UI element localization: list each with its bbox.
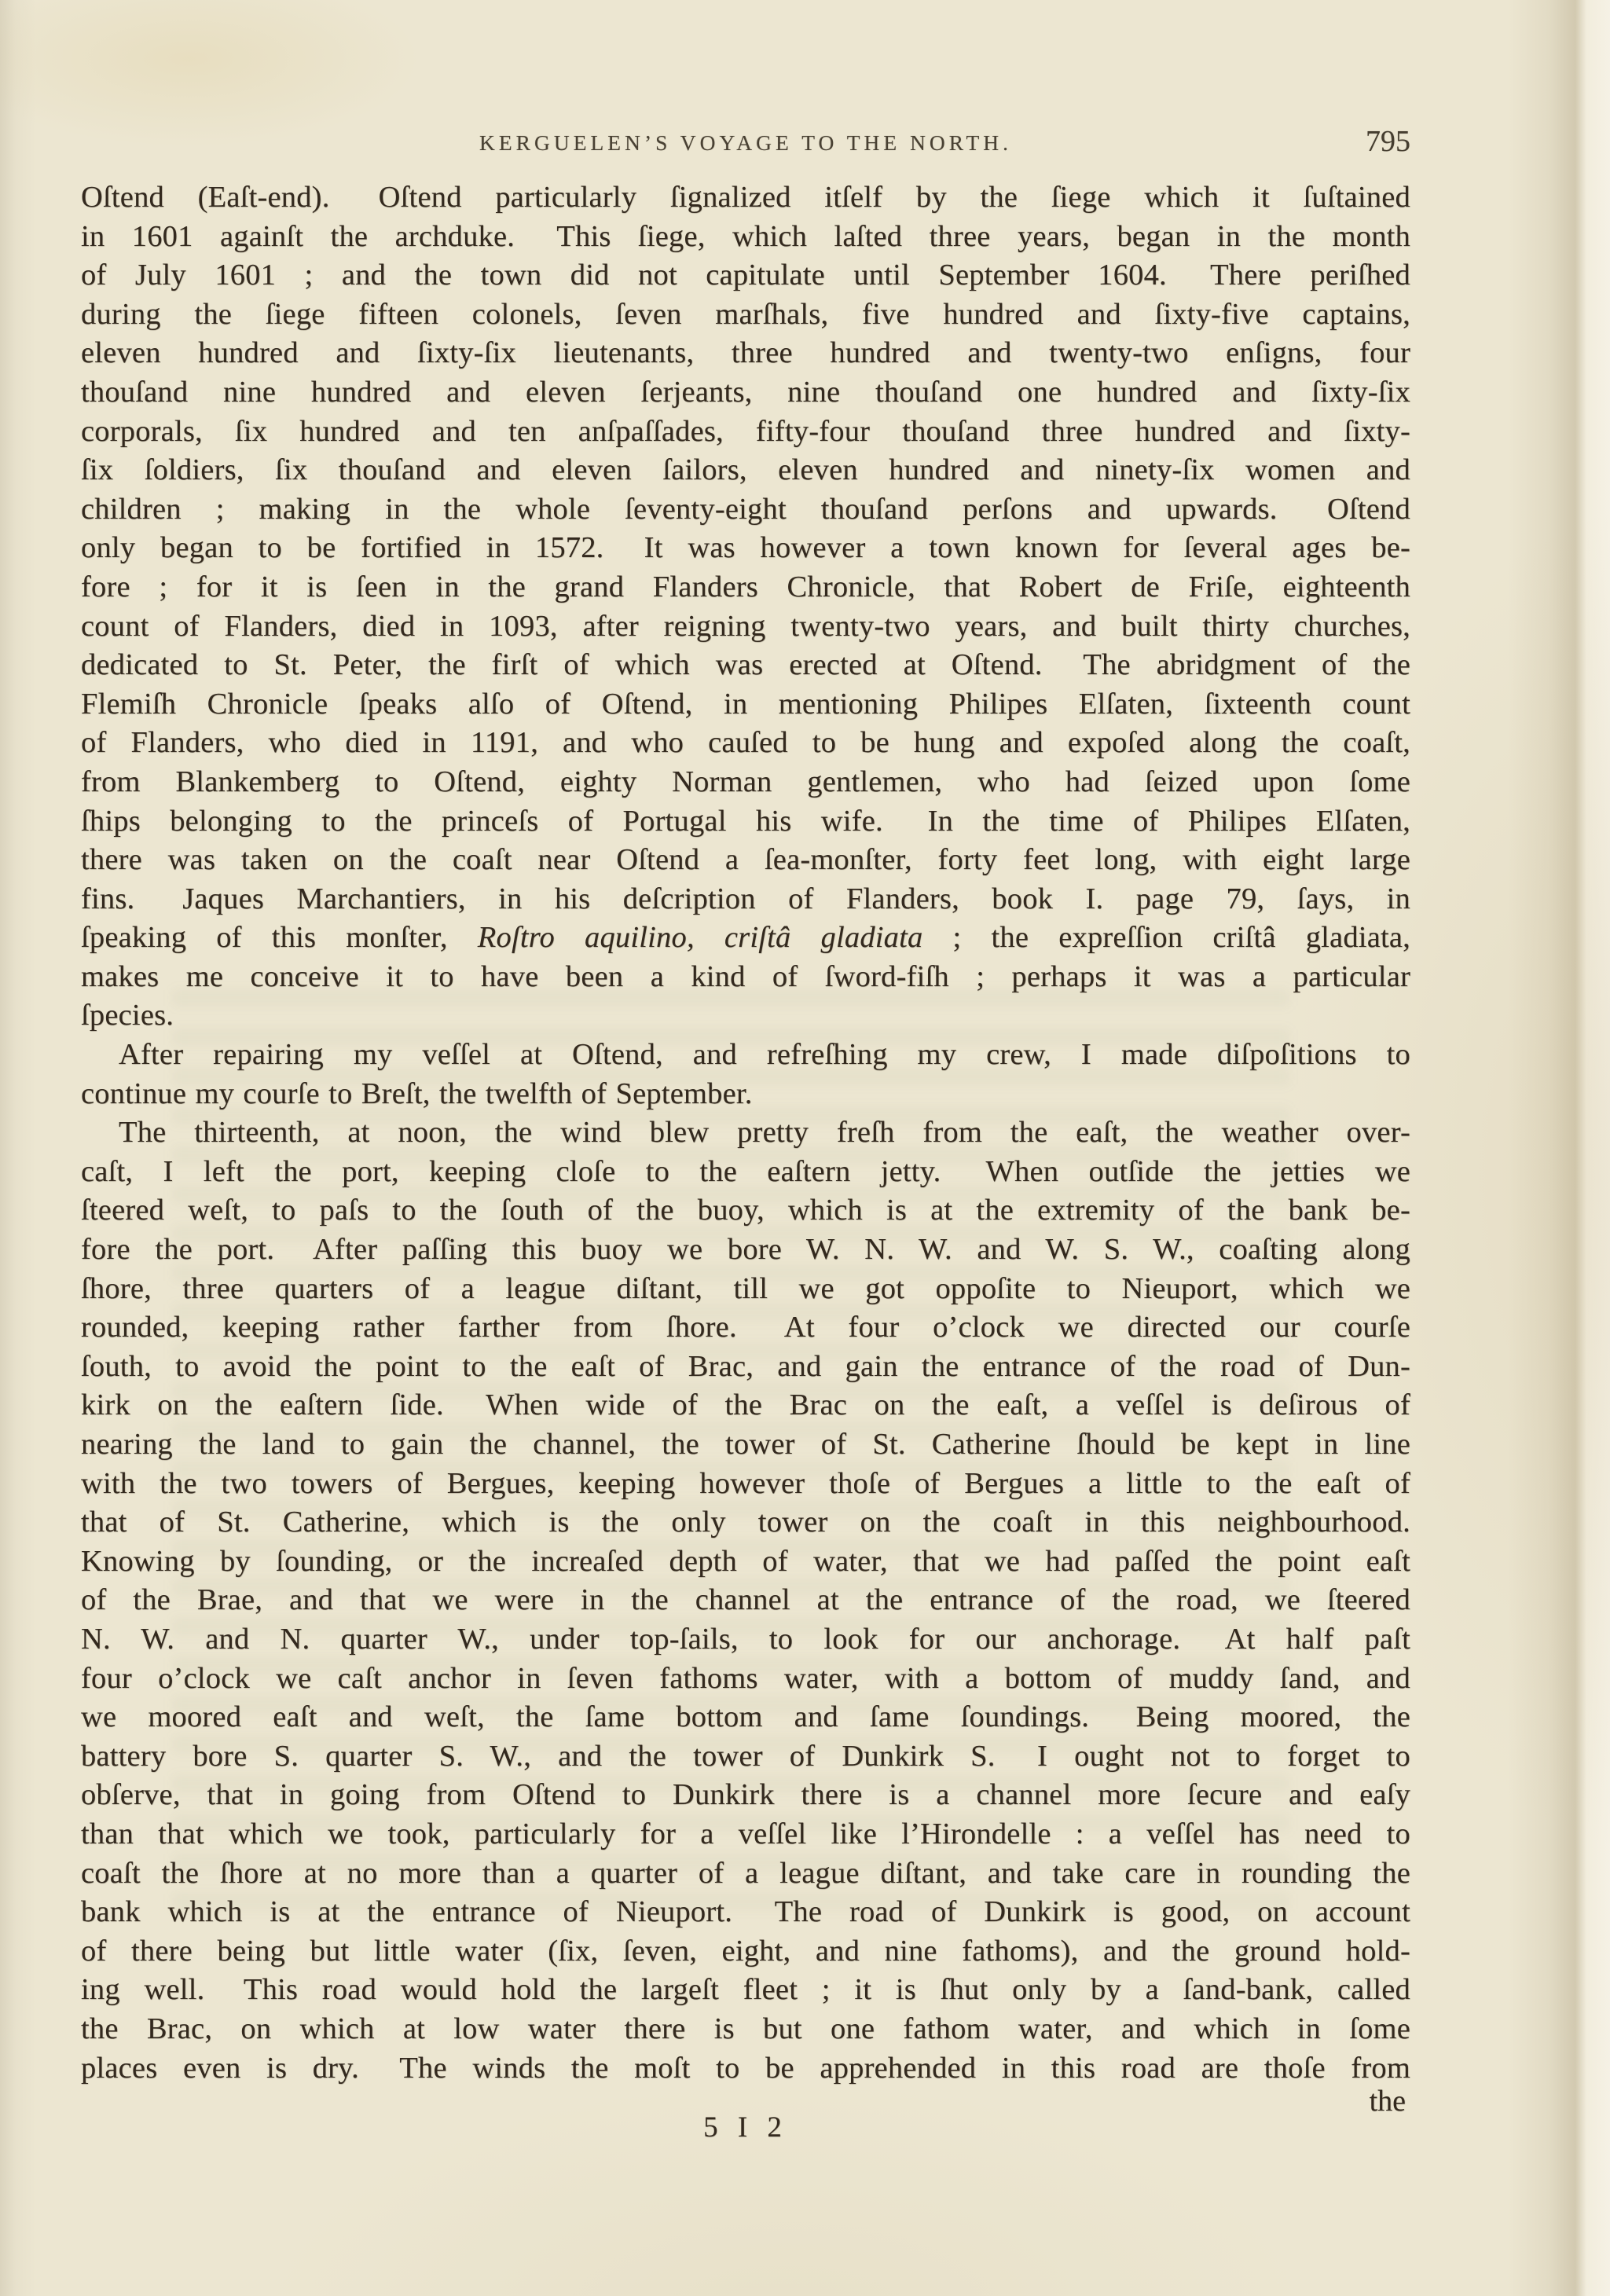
text-line: continue my courſe to Breſt, the twelfth… xyxy=(81,1075,1410,1114)
text-line: obſerve, that in going from Oſtend to Du… xyxy=(81,1776,1410,1815)
text-line: Flemiſh Chronicle ſpeaks alſo of Oſtend,… xyxy=(81,685,1410,724)
text-line: with the two towers of Bergues, keeping … xyxy=(81,1465,1410,1504)
text-line: fore the port. After paſſing this buoy w… xyxy=(81,1231,1410,1270)
text-line: ſhips belonging to the princeſs of Portu… xyxy=(81,802,1410,842)
paragraph: The thirteenth, at noon, the wind blew p… xyxy=(81,1113,1410,2088)
text-line: ſpecies. xyxy=(81,996,1410,1036)
text-line: children ; making in the whole ſeventy-e… xyxy=(81,490,1410,530)
text-line: Knowing by ſounding, or the increaſed de… xyxy=(81,1542,1410,1582)
text-line: makes me conceive it to have been a kind… xyxy=(81,958,1410,997)
text-line: kirk on the eaſtern ſide. When wide of t… xyxy=(81,1386,1410,1425)
text-line: caſt, I left the port, keeping cloſe to … xyxy=(81,1153,1410,1192)
running-header: KERGUELEN’S VOYAGE TO THE NORTH. 795 xyxy=(81,124,1410,171)
page-number: 795 xyxy=(1366,124,1410,159)
text-line: dedicated to St. Peter, the firſt of whi… xyxy=(81,646,1410,685)
text-line: fore ; for it is ſeen in the grand Fland… xyxy=(81,568,1410,607)
text-line: ſhore, three quarters of a league diſtan… xyxy=(81,1270,1410,1309)
paragraph: After repairing my veſſel at Oſtend, and… xyxy=(81,1036,1410,1113)
text-line: Oſtend (Eaſt-end). Oſtend particularly ſ… xyxy=(81,178,1410,218)
text-line: thouſand nine hundred and eleven ſerjean… xyxy=(81,373,1410,413)
text-line: from Blankemberg to Oſtend, eighty Norma… xyxy=(81,763,1410,802)
text-line: fins. Jaques Marchantiers, in his deſcri… xyxy=(81,880,1410,919)
text-line: of there being but little water (ſix, ſe… xyxy=(81,1932,1410,1971)
text-line: ſpeaking of this monſter, Roſtro aquilin… xyxy=(81,919,1410,958)
text-line: there was taken on the coaſt near Oſtend… xyxy=(81,841,1410,880)
text-line: ing well. This road would hold the large… xyxy=(81,1971,1410,2010)
text-line: we moored eaſt and weſt, the ſame bottom… xyxy=(81,1698,1410,1737)
text-line: during the ſiege fifteen colonels, ſeven… xyxy=(81,295,1410,335)
text-line: N. W. and N. quarter W., under top-ſails… xyxy=(81,1620,1410,1660)
text-line: count of Flanders, died in 1093, after r… xyxy=(81,607,1410,647)
text-line: bank which is at the entrance of Nieupor… xyxy=(81,1893,1410,1932)
text-line: ſix ſoldiers, ſix thouſand and eleven ſa… xyxy=(81,451,1410,490)
text-line: that of St. Catherine, which is the only… xyxy=(81,1503,1410,1542)
running-title: KERGUELEN’S VOYAGE TO THE NORTH. xyxy=(479,130,1012,156)
text-line: coaſt the ſhore at no more than a quarte… xyxy=(81,1854,1410,1894)
text-line: rounded, keeping rather farther from ſho… xyxy=(81,1308,1410,1348)
text-line: corporals, ſix hundred and ten anſpaſſad… xyxy=(81,413,1410,452)
text-line: After repairing my veſſel at Oſtend, and… xyxy=(81,1036,1410,1075)
book-page-scan: KERGUELEN’S VOYAGE TO THE NORTH. 795 Oſt… xyxy=(0,0,1610,2296)
text-line: ſouth, to avoid the point to the eaſt of… xyxy=(81,1348,1410,1387)
text-line: of the Brae, and that we were in the cha… xyxy=(81,1581,1410,1620)
text-line: battery bore S. quarter S. W., and the t… xyxy=(81,1737,1410,1777)
text-line: than that which we took, particularly fo… xyxy=(81,1815,1410,1854)
text-line: of Flanders, who died in 1191, and who c… xyxy=(81,724,1410,763)
text-line: the Brac, on which at low water there is… xyxy=(81,2010,1410,2049)
text-segment: ſpeaking of this monſter, xyxy=(81,921,478,954)
text-block: Oſtend (Eaſt-end). Oſtend particularly ſ… xyxy=(81,178,1410,2088)
text-line: in 1601 againſt the archduke. This ſiege… xyxy=(81,218,1410,257)
catchword: the xyxy=(1370,2084,1406,2118)
text-line: The thirteenth, at noon, the wind blew p… xyxy=(81,1113,1410,1153)
text-line: ſteered weſt, to paſs to the ſouth of th… xyxy=(81,1191,1410,1231)
page-footer: the 5 I 2 xyxy=(81,2074,1410,2184)
paragraph: Oſtend (Eaſt-end). Oſtend particularly ſ… xyxy=(81,178,1410,1036)
text-line: four o’clock we caſt anchor in ſeven fat… xyxy=(81,1660,1410,1699)
signature-mark: 5 I 2 xyxy=(703,2111,788,2144)
text-line: only began to be fortified in 1572. It w… xyxy=(81,529,1410,568)
italic-phrase: Roſtro aquilino, criſtâ gladiata xyxy=(478,921,923,954)
text-segment: ; the expreſſion criſtâ gladiata, xyxy=(922,921,1410,954)
text-line: eleven hundred and ſixty-ſix lieutenants… xyxy=(81,334,1410,373)
text-line: of July 1601 ; and the town did not capi… xyxy=(81,256,1410,295)
text-line: nearing the land to gain the channel, th… xyxy=(81,1425,1410,1465)
